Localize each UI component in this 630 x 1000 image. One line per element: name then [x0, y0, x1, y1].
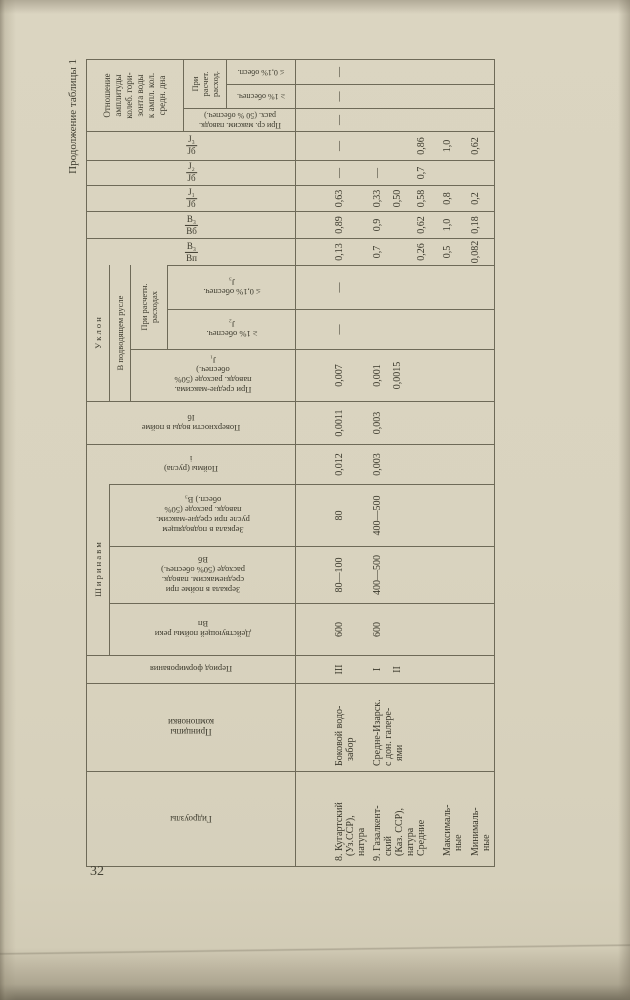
- table-cell: [388, 160, 410, 185]
- table-cell: —: [366, 160, 388, 185]
- table-cell: 0,63: [296, 185, 366, 211]
- table-cell: 0,082: [464, 238, 494, 265]
- table-cell: 600: [366, 603, 388, 655]
- table-cell: [410, 546, 436, 603]
- col-header-vp: Действующей поймы реки Вп: [110, 603, 295, 655]
- table-cell: 0,0011: [296, 401, 366, 444]
- col-header-gidrouzly: Гидроузлы: [87, 771, 295, 866]
- table-cell: [388, 84, 410, 108]
- table-cell: [464, 655, 494, 683]
- col-header-ratio-v3-vb: В₃ Вб: [87, 211, 295, 238]
- col-header-label: При ср. максим. паводк. расх. (50 % обес…: [188, 110, 292, 130]
- col-header-otn-01: ≤ 0,1% обесп.: [227, 60, 295, 84]
- fraction-denominator: Jб: [186, 174, 197, 184]
- table-cell: [410, 484, 436, 546]
- table-cell: [410, 108, 436, 131]
- table-cell: I: [366, 655, 388, 683]
- table-cell: Максималь- ные: [436, 771, 464, 866]
- table-cell: 0,18: [464, 211, 494, 238]
- group-raschetn-cols: ≥ 1% обеспеч. J₂ ≤ 0,1% обеспеч. J₃: [168, 265, 295, 349]
- table-cell: [388, 309, 410, 349]
- table-cell: [410, 401, 436, 444]
- col-header-j1: При средне-максима. паводк. расходе (50%…: [131, 349, 295, 401]
- col-header-label: Зеркала в пойме при среднемаксим. паводк…: [115, 555, 291, 595]
- table-cell: —: [296, 160, 366, 185]
- scanned-page: Продолжение таблицы 1 Гидроузлы Принципы…: [0, 0, 630, 1000]
- table-cell: 0,62: [410, 211, 436, 238]
- table-cell: [436, 401, 464, 444]
- table-cell: [410, 60, 436, 84]
- table-cell: [436, 84, 464, 108]
- table-cell: [464, 546, 494, 603]
- col-header-period: Период формирования: [87, 655, 295, 683]
- table-cell: [388, 683, 410, 771]
- col-header-vb: Зеркала в пойме при среднемаксим. паводк…: [110, 546, 295, 603]
- col-header-j2: ≥ 1% обеспеч. J₂: [168, 309, 295, 349]
- col-header-label: Поймы (русла) i: [93, 455, 289, 475]
- fraction-denominator: Вп: [184, 253, 197, 263]
- col-header-label: ≤ 0,1% обесп.: [229, 67, 293, 77]
- table-cell: [464, 683, 494, 771]
- table-cell: [388, 444, 410, 484]
- col-header-label: Гидроузлы: [96, 814, 286, 824]
- table-cell: [366, 108, 388, 131]
- table-body: 8. Кугартский (Уз.ССР), натураБоковой во…: [296, 60, 494, 866]
- table-cell: [410, 309, 436, 349]
- table-cell: [464, 265, 494, 309]
- group-otnoshenie: Отношение амплитуды колеб. гори- зонта в…: [87, 60, 295, 131]
- table-row: 9. Газалкент- ский (Каз. ССР), натураСре…: [366, 60, 388, 866]
- table-cell: 8. Кугартский (Уз.ССР), натура: [296, 771, 366, 866]
- table-cell: [410, 444, 436, 484]
- group-label-podvod: В подводящем русле: [110, 265, 131, 401]
- table-cell: —: [296, 108, 366, 131]
- table-cell: 0,012: [296, 444, 366, 484]
- fraction-numerator: J₃: [186, 136, 197, 147]
- table-cell: 0,62: [464, 131, 494, 160]
- table-cell: [388, 60, 410, 84]
- table-cell: 0,8: [436, 185, 464, 211]
- group-shirina: Ш и р и н а в м Действующей поймы реки В…: [87, 484, 295, 655]
- table-cell: [410, 603, 436, 655]
- table-cell: III: [296, 655, 366, 683]
- col-header-label: Зеркала в подводящем русле при средне-ма…: [115, 496, 291, 536]
- table-cell: 1,0: [436, 211, 464, 238]
- table-cell: [388, 546, 410, 603]
- table-cell: [436, 546, 464, 603]
- table-cell: 0,007: [296, 349, 366, 401]
- table-cell: 0,33: [366, 185, 388, 211]
- table-cell: [464, 160, 494, 185]
- table-cell: [436, 265, 464, 309]
- table-cell: [436, 484, 464, 546]
- table-cell: Боковой водо- забор: [296, 683, 366, 771]
- table-cell: —: [296, 265, 366, 309]
- fraction-denominator: Jб: [186, 147, 197, 157]
- table-cell: [388, 108, 410, 131]
- table-cell: II: [388, 655, 410, 683]
- table-row: Максималь- ные0,51,00,81,0: [436, 60, 464, 866]
- col-header-ratio-v3-vp: В₃ Вп: [87, 238, 295, 265]
- fraction-label: В₃ Вп: [184, 242, 197, 263]
- table-cell: [436, 160, 464, 185]
- col-header-principy: Принципы компоновки: [87, 683, 295, 771]
- rotated-table-block: Продолжение таблицы 1 Гидроузлы Принципы…: [62, 57, 494, 867]
- table-cell: 0,26: [410, 238, 436, 265]
- col-header-label: Принципы компоновки: [96, 718, 286, 738]
- table-cell: 0,13: [296, 238, 366, 265]
- col-header-label: Действующей поймы реки Вп: [115, 620, 291, 640]
- table-cell: [436, 444, 464, 484]
- table-row: Средние0,260,620,580,70,86: [410, 60, 436, 866]
- table-cell: 1,0: [436, 131, 464, 160]
- table-cell: [464, 603, 494, 655]
- col-header-v3: Зеркала в подводящем русле при средне-ма…: [110, 484, 295, 546]
- group-label-shirina: Ш и р и н а в м: [87, 484, 110, 655]
- table-cell: [388, 238, 410, 265]
- table-row: Минималь- ные0,0820,180,20,62: [464, 60, 494, 866]
- col-header-pojmy: Поймы (русла) i: [87, 444, 295, 484]
- col-header-label: ≤ 0,1% обеспеч. J₃: [172, 278, 292, 298]
- table-cell: 0,003: [366, 444, 388, 484]
- data-table: Гидроузлы Принципы компоновки Период фор…: [86, 59, 495, 867]
- col-header-otn-sr: При ср. максим. паводк. расх. (50 % обес…: [184, 108, 295, 131]
- table-cell: [388, 265, 410, 309]
- table-cell: [388, 484, 410, 546]
- table-cell: [388, 131, 410, 160]
- table-cell: [388, 211, 410, 238]
- group-label-otnoshenie: Отношение амплитуды колеб. гори- зонта в…: [87, 60, 184, 131]
- table-cell: [436, 603, 464, 655]
- table-cell: 0,7: [366, 238, 388, 265]
- table-cell: Средне-Изарск. с дон. галере- ями: [366, 683, 388, 771]
- fraction-numerator: В₃: [184, 215, 197, 226]
- group-uklon-cols: При средне-максима. паводк. расходе (50%…: [131, 265, 295, 401]
- col-header-otn-1: ≥ 1% обеспеч.: [227, 84, 295, 108]
- table-cell: [366, 84, 388, 108]
- group-shirina-cols: Действующей поймы реки Вп Зеркала в пойм…: [110, 484, 295, 655]
- group-label-uklon: У к л о н: [87, 265, 110, 401]
- col-header-poverh: Поверхности воды в пойме Iб: [87, 401, 295, 444]
- table-cell: [464, 84, 494, 108]
- col-header-label: При средне-максима. паводк. расходе (50%…: [135, 356, 291, 396]
- fraction-label: J₃ Jб: [186, 136, 197, 157]
- table-cell: Средние: [410, 771, 436, 866]
- table-cell: Минималь- ные: [464, 771, 494, 866]
- table-cell: 9. Газалкент- ский (Каз. ССР), натура: [366, 771, 388, 866]
- table-cell: 0,001: [366, 349, 388, 401]
- table-cell: [436, 309, 464, 349]
- paper-crease: [0, 944, 630, 956]
- table-cell: —: [296, 60, 366, 84]
- col-header-label: Период формирования: [93, 665, 289, 675]
- table-cell: [410, 683, 436, 771]
- group-label-otn-rasch: При расчет. расход.: [184, 60, 227, 108]
- table-cell: 0,86: [410, 131, 436, 160]
- table-cell: 0,89: [296, 211, 366, 238]
- col-header-label: ≥ 1% обеспеч.: [229, 92, 293, 102]
- table-cell: [436, 683, 464, 771]
- col-header-ratio-j2-jb: J₂ Jб: [87, 160, 295, 185]
- table-row: 8. Кугартский (Уз.ССР), натураБоковой во…: [296, 60, 366, 866]
- fraction-denominator: Вб: [184, 226, 197, 236]
- col-header-ratio-j1-jb: J₁ Jб: [87, 185, 295, 211]
- table-cell: 0,0015: [388, 349, 410, 401]
- fraction-label: В₃ Вб: [184, 215, 197, 236]
- table-cell: 0,5: [436, 238, 464, 265]
- col-header-j3: ≤ 0,1% обеспеч. J₃: [168, 265, 295, 309]
- fraction-numerator: В₃: [184, 242, 197, 253]
- table-cell: [436, 655, 464, 683]
- table-cell: 600: [296, 603, 366, 655]
- table-cell: [388, 603, 410, 655]
- table-cell: [366, 265, 388, 309]
- table-cell: 0,50: [388, 185, 410, 211]
- table-cell: —: [296, 309, 366, 349]
- table-cell: [464, 108, 494, 131]
- table-cell: [464, 401, 494, 444]
- fraction-label: J₂ Jб: [186, 163, 197, 184]
- table-cell: —: [296, 84, 366, 108]
- table-cell: [366, 309, 388, 349]
- table-cell: 0,9: [366, 211, 388, 238]
- table-cell: [436, 108, 464, 131]
- table-cell: [410, 84, 436, 108]
- fraction-numerator: J₁: [186, 188, 197, 199]
- table-cell: [410, 265, 436, 309]
- table-cell: —: [296, 131, 366, 160]
- table-cell: [464, 349, 494, 401]
- table-caption: Продолжение таблицы 1: [62, 57, 86, 867]
- table-cell: [464, 444, 494, 484]
- table-cell: [410, 349, 436, 401]
- fraction-label: J₁ Jб: [186, 188, 197, 209]
- table-cell: [464, 309, 494, 349]
- table-cell: 80: [296, 484, 366, 546]
- table-cell: [436, 60, 464, 84]
- table-cell: 0,2: [464, 185, 494, 211]
- table-cell: 0,7: [410, 160, 436, 185]
- table-cell: [388, 771, 410, 866]
- group-otn-rasch-cols: ≥ 1% обеспеч. ≤ 0,1% обесп.: [227, 60, 295, 108]
- table-cell: [464, 60, 494, 84]
- table-cell: [366, 131, 388, 160]
- col-header-label: Поверхности воды в пойме Iб: [93, 413, 289, 433]
- table-row: II0,00150,50: [388, 60, 410, 866]
- group-otn-rasch: При расчет. расход. ≥ 1% обеспеч. ≤ 0,1%…: [184, 60, 295, 108]
- table-cell: 80—100: [296, 546, 366, 603]
- col-header-label: ≥ 1% обеспеч. J₂: [172, 320, 292, 340]
- page-number: 32: [90, 864, 104, 880]
- table-cell: [388, 401, 410, 444]
- table-cell: [410, 655, 436, 683]
- fraction-denominator: Jб: [186, 199, 197, 209]
- table-cell: 400—500: [366, 546, 388, 603]
- table-cell: [436, 349, 464, 401]
- table-cell: [464, 484, 494, 546]
- group-label-raschetn: При расчетн. расходах: [131, 265, 168, 349]
- table-cell: 400—500: [366, 484, 388, 546]
- fraction-numerator: J₂: [186, 163, 197, 174]
- table-cell: 0,58: [410, 185, 436, 211]
- col-header-ratio-j3-jb: J₃ Jб: [87, 131, 295, 160]
- table-cell: 0,003: [366, 401, 388, 444]
- group-uklon: У к л о н В подводящем русле При средне-…: [87, 265, 295, 401]
- group-otnoshenie-cols: При ср. максим. паводк. расх. (50 % обес…: [184, 60, 295, 131]
- table-cell: [366, 60, 388, 84]
- group-raschetn: При расчетн. расходах ≥ 1% обеспеч. J₂ ≤…: [131, 265, 295, 349]
- table-header: Гидроузлы Принципы компоновки Период фор…: [87, 60, 296, 866]
